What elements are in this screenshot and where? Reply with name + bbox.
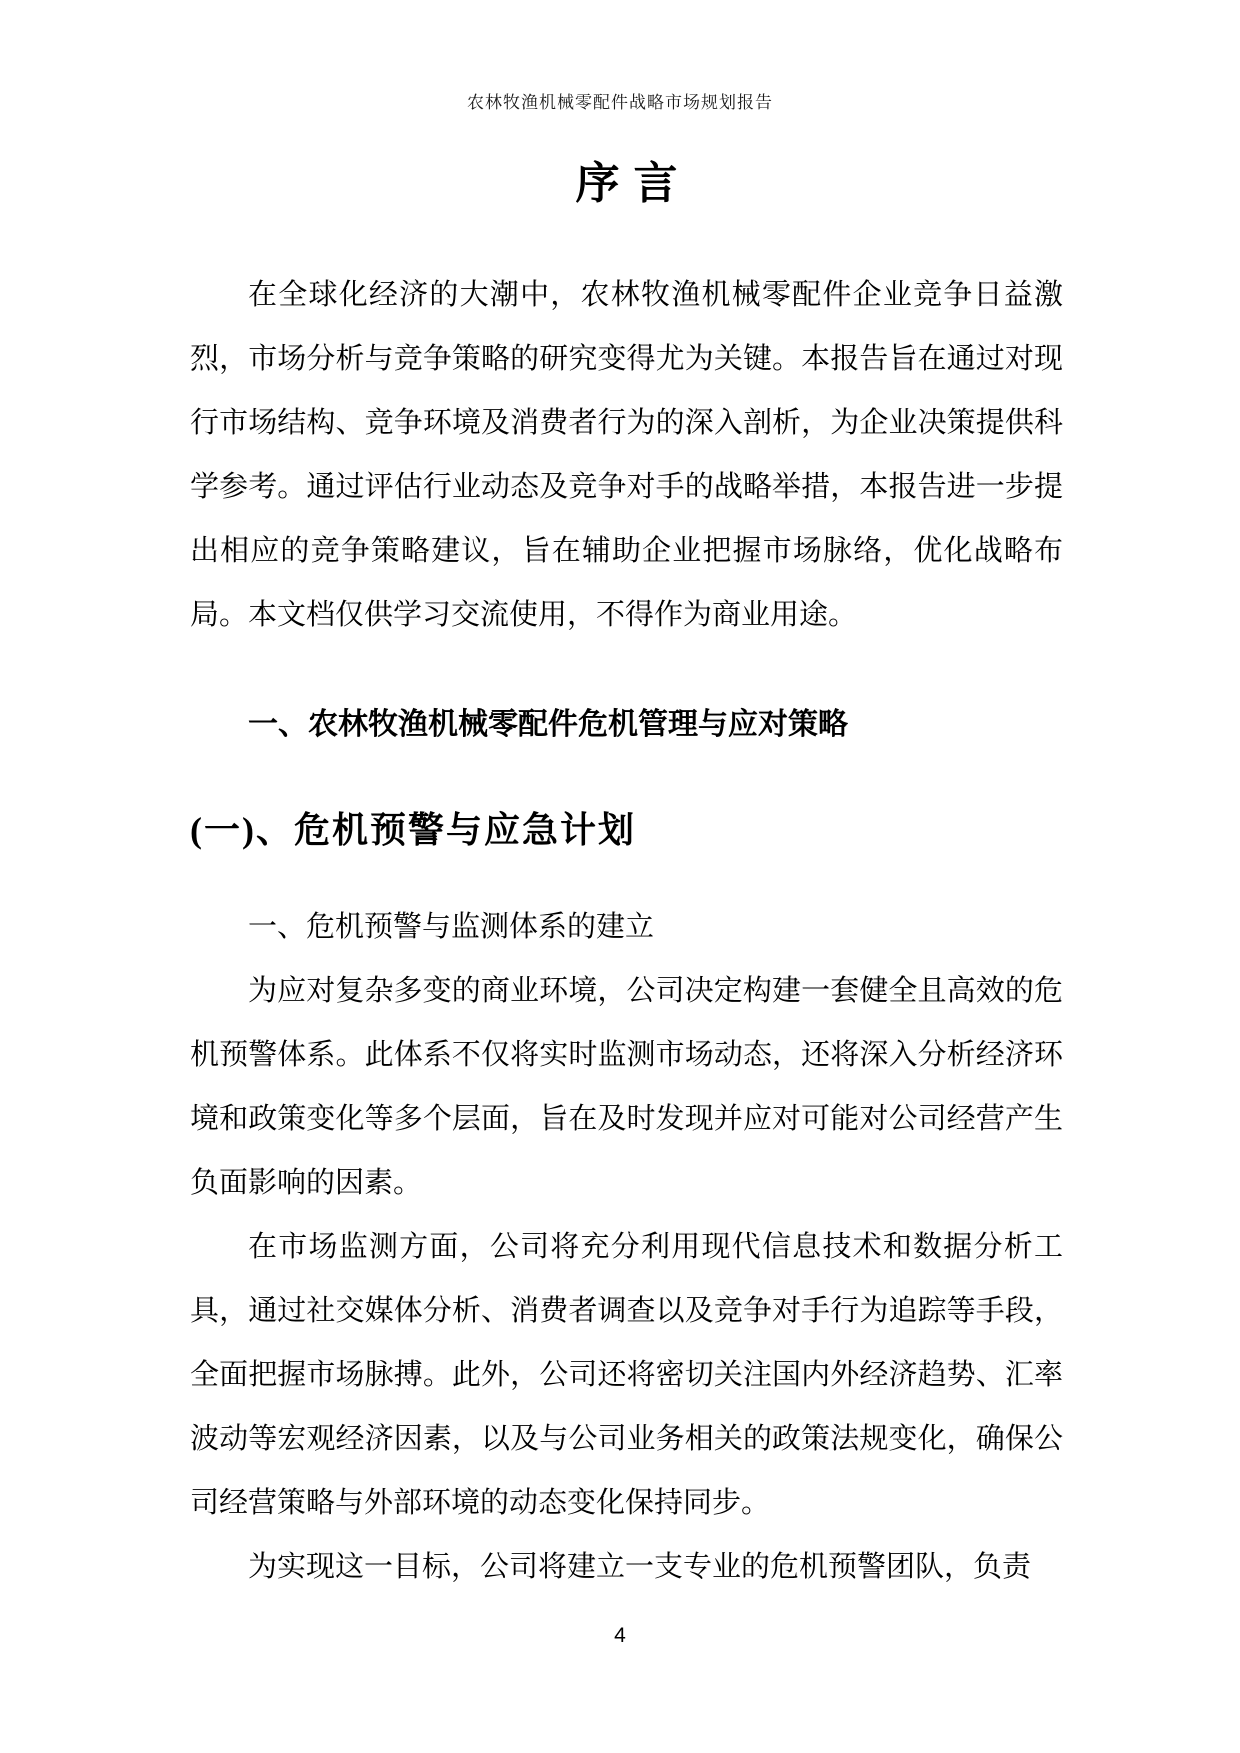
paragraph-team: 为实现这一目标，公司将建立一支专业的危机预警团队，负责 <box>190 1535 1063 1599</box>
intro-paragraph: 在全球化经济的大潮中，农林牧渔机械零配件企业竞争日益激烈，市场分析与竞争策略的研… <box>190 263 1063 647</box>
document-title: 序言 <box>190 138 1063 230</box>
document-page: 农林牧渔机械零配件战略市场规划报告 序言 在全球化经济的大潮中，农林牧渔机械零配… <box>0 0 1240 1753</box>
page-number: 4 <box>0 1624 1240 1648</box>
paragraph-market-monitoring: 在市场监测方面，公司将充分利用现代信息技术和数据分析工具，通过社交媒体分析、消费… <box>190 1215 1063 1535</box>
section-heading: 一、农林牧渔机械零配件危机管理与应对策略 <box>190 693 1063 757</box>
subsection-heading: (一)、危机预警与应急计划 <box>190 795 1063 865</box>
content-area: 序言 在全球化经济的大潮中，农林牧渔机械零配件企业竞争日益激烈，市场分析与竞争策… <box>190 0 1063 1599</box>
item-heading: 一、危机预警与监测体系的建立 <box>190 895 1063 959</box>
paragraph-crisis-system: 为应对复杂多变的商业环境，公司决定构建一套健全且高效的危机预警体系。此体系不仅将… <box>190 959 1063 1215</box>
